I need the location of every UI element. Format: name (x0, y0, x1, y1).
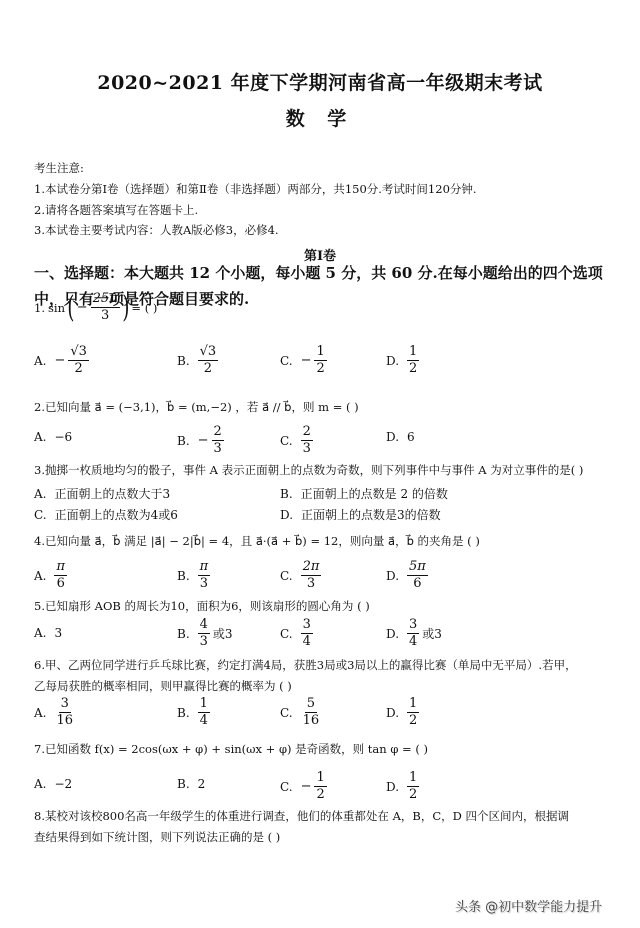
question-1-option-d[interactable]: D. 12 (386, 345, 419, 376)
question-2-option-b[interactable]: B.− 23 (177, 425, 224, 456)
question-7-option-a[interactable]: A.−2 (34, 777, 72, 791)
exam-title: 2020~2021 年度下学期河南省高一年级期末考试 (0, 68, 640, 95)
question-5-option-a[interactable]: A.3 (34, 626, 62, 640)
fraction: 25π 3 (91, 292, 120, 323)
question-8-stem-line2: 查结果得到如下统计图，则下列说法正确的是 ( ) (34, 829, 280, 845)
question-2-option-c[interactable]: C. 23 (280, 425, 313, 456)
question-1-option-c[interactable]: C.− 12 (280, 345, 327, 376)
question-4-option-b[interactable]: B. π3 (177, 560, 210, 591)
question-7-stem: 7.已知函数 f(x) = 2cos(ωx + φ) + sin(ωx + φ)… (34, 741, 428, 757)
notice-item: 3.本试卷主要考试内容：人教A版必修3，必修4. (34, 222, 279, 238)
notice-item: 1.本试卷分第Ⅰ卷（选择题）和第Ⅱ卷（非选择题）两部分，共150分.考试时间12… (34, 181, 477, 197)
question-6-option-b[interactable]: B. 14 (177, 697, 210, 728)
question-6-stem-line1: 6.甲、乙两位同学进行乒乓球比赛，约定打满4局，获胜3局或3局以上的赢得比赛（单… (34, 657, 577, 673)
question-4-stem: 4.已知向量 a⃗，b⃗ 满足 |a⃗| − 2|b⃗| = 4，且 a⃗·(a… (34, 533, 480, 549)
notice-item: 2.请将各题答案填写在答题卡上. (34, 202, 198, 218)
notice-heading: 考生注意: (34, 160, 84, 176)
question-4-option-a[interactable]: A. π6 (34, 560, 67, 591)
question-5-stem: 5.已知扇形 AOB 的周长为10，面积为6，则该扇形的圆心角为 ( ) (34, 598, 370, 614)
question-6-option-d[interactable]: D. 12 (386, 697, 419, 728)
question-8-stem-line1: 8.某校对该校800名高一年级学生的体重进行调查，他们的体重都处在 A，B，C，… (34, 808, 569, 824)
question-1-option-a[interactable]: A.− √32 (34, 345, 89, 376)
question-2-option-d[interactable]: D.6 (386, 430, 415, 444)
question-5-option-d[interactable]: D. 34 或3 (386, 618, 442, 649)
question-6-option-c[interactable]: C. 516 (280, 697, 321, 728)
question-3-option-c[interactable]: C.正面朝上的点数为4或6 (34, 506, 178, 523)
question-3-option-a[interactable]: A.正面朝上的点数大于3 (34, 485, 170, 502)
question-4-option-c[interactable]: C. 2π3 (280, 560, 321, 591)
watermark: 头条 @初中数学能力提升 (455, 896, 602, 915)
question-5-option-c[interactable]: C. 34 (280, 618, 313, 649)
question-4-option-d[interactable]: D. 5π6 (386, 560, 428, 591)
question-5-option-b[interactable]: B. 43 或3 (177, 618, 233, 649)
exam-subject: 数 学 (0, 104, 640, 131)
question-7-option-b[interactable]: B.2 (177, 777, 205, 791)
question-7-option-c[interactable]: C.− 12 (280, 771, 327, 802)
question-7-option-d[interactable]: D. 12 (386, 771, 419, 802)
question-2-option-a[interactable]: A.−6 (34, 430, 72, 444)
question-1-stem: 1. sin ( − 25π 3 ) = ( ) (34, 292, 157, 323)
question-3-stem: 3.抛掷一枚质地均匀的骰子，事件 A 表示正面朝上的点数为奇数，则下列事件中与事… (34, 462, 583, 478)
question-6-option-a[interactable]: A. 316 (34, 697, 75, 728)
question-6-stem-line2: 乙每局获胜的概率相同，则甲赢得比赛的概率为 ( ) (34, 678, 292, 694)
question-2-stem: 2.已知向量 a⃗ = (−3,1)，b⃗ = (m,−2) ，若 a⃗ // … (34, 399, 359, 415)
question-3-option-b[interactable]: B.正面朝上的点数是 2 的倍数 (280, 485, 448, 502)
question-number: 1. (34, 301, 45, 315)
left-paren: ( (67, 293, 74, 323)
question-1-option-b[interactable]: B. √32 (177, 345, 218, 376)
right-paren: ) (122, 293, 129, 323)
sin-function: sin (48, 301, 65, 315)
answer-blank: = ( ) (131, 301, 157, 315)
question-3-option-d[interactable]: D.正面朝上的点数是3的倍数 (280, 506, 441, 523)
